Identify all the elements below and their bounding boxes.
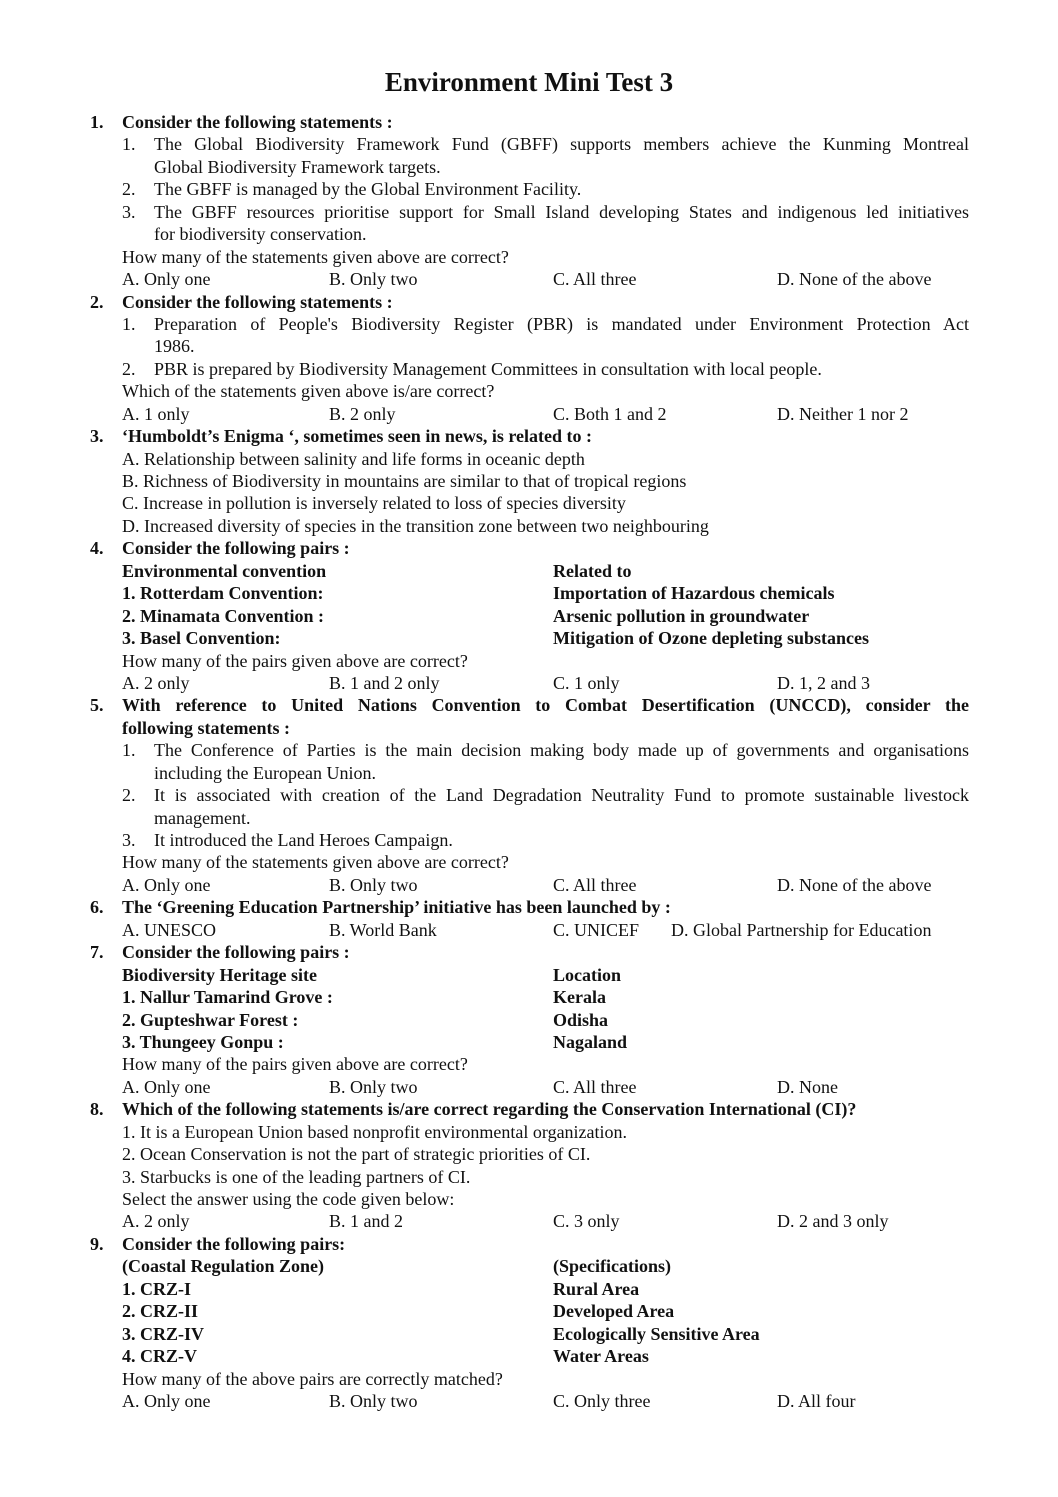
question-number: 1. xyxy=(90,111,104,133)
question-3: 3.‘Humboldt’s Enigma ‘, sometimes seen i… xyxy=(0,425,1058,537)
question-stem: following statements : xyxy=(122,717,969,739)
question-6: 6.The ‘Greening Education Partnership’ i… xyxy=(0,896,1058,941)
question-list: 1.Consider the following statements :1.T… xyxy=(0,111,1058,1412)
answer-option: A. Only one xyxy=(122,268,211,290)
answer-option: A. 2 only xyxy=(122,672,190,694)
answer-option: A. Only one xyxy=(122,1076,211,1098)
statement-line: 1.Preparation of People's Biodiversity R… xyxy=(0,313,1058,335)
statement-text: Global Biodiversity Framework targets. xyxy=(154,156,969,178)
answer-option: B. 1 and 2 only xyxy=(329,672,440,694)
statement-text: for biodiversity conservation. xyxy=(154,223,969,245)
answer-option: D. Increased diversity of species in the… xyxy=(122,515,709,537)
pairs-header-left: Biodiversity Heritage site xyxy=(122,964,317,986)
statement-line: 2.It is associated with creation of the … xyxy=(0,784,1058,806)
question-prompt-line: How many of the statements given above a… xyxy=(0,246,1058,268)
answer-option: D. None xyxy=(777,1076,838,1098)
question-prompt: How many of the above pairs are correctl… xyxy=(122,1368,503,1390)
statement-line: 3. Starbucks is one of the leading partn… xyxy=(0,1166,1058,1188)
statement-number: 1. xyxy=(122,739,136,761)
question-8: 8.Which of the following statements is/a… xyxy=(0,1098,1058,1233)
options-row: A. UNESCOB. World BankC. UNICEFD. Global… xyxy=(0,919,1058,941)
statement-text: 3. Starbucks is one of the leading partn… xyxy=(122,1166,470,1188)
question-number: 3. xyxy=(90,425,104,447)
statement-number: 3. xyxy=(122,201,136,223)
answer-option: D. Neither 1 nor 2 xyxy=(777,403,908,425)
statement-text: It is associated with creation of the La… xyxy=(154,784,969,806)
question-stem-line: 7.Consider the following pairs : xyxy=(0,941,1058,963)
answer-option: C. Increase in pollution is inversely re… xyxy=(122,492,626,514)
question-stem-line: 9.Consider the following pairs: xyxy=(0,1233,1058,1255)
question-number: 5. xyxy=(90,694,104,716)
question-prompt-line: How many of the above pairs are correctl… xyxy=(0,1368,1058,1390)
statement-number: 2. xyxy=(122,784,136,806)
page-title: Environment Mini Test 3 xyxy=(0,64,1058,100)
option-line: D. Increased diversity of species in the… xyxy=(0,515,1058,537)
question-number: 2. xyxy=(90,291,104,313)
option-line: A. Relationship between salinity and lif… xyxy=(0,448,1058,470)
statement-number: 1. xyxy=(122,133,136,155)
statement-line: 1.The Conference of Parties is the main … xyxy=(0,739,1058,761)
question-number: 7. xyxy=(90,941,104,963)
question-number: 9. xyxy=(90,1233,104,1255)
answer-option: A. Only one xyxy=(122,1390,211,1412)
statement-text: It introduced the Land Heroes Campaign. xyxy=(154,829,969,851)
statement-line: 2.PBR is prepared by Biodiversity Manage… xyxy=(0,358,1058,380)
question-stem: The ‘Greening Education Partnership’ ini… xyxy=(122,896,969,918)
pair-left: 2. Gupteshwar Forest : xyxy=(122,1009,298,1031)
question-7: 7.Consider the following pairs :Biodiver… xyxy=(0,941,1058,1098)
pair-left: 2. Minamata Convention : xyxy=(122,605,324,627)
answer-option: A. 2 only xyxy=(122,1210,190,1232)
pair-left: 4. CRZ-V xyxy=(122,1345,197,1367)
answer-option: C. 1 only xyxy=(553,672,620,694)
question-stem: With reference to United Nations Convent… xyxy=(122,694,969,716)
question-stem: Consider the following pairs : xyxy=(122,941,969,963)
statement-line: 2.The GBFF is managed by the Global Envi… xyxy=(0,178,1058,200)
options-row: A. 1 onlyB. 2 onlyC. Both 1 and 2D. Neit… xyxy=(0,403,1058,425)
options-row: A. Only oneB. Only twoC. Only threeD. Al… xyxy=(0,1390,1058,1412)
statement-line: management. xyxy=(0,807,1058,829)
question-prompt: How many of the pairs given above are co… xyxy=(122,650,468,672)
statement-line: including the European Union. xyxy=(0,762,1058,784)
pair-right: Ecologically Sensitive Area xyxy=(553,1323,760,1345)
options-row: A. 2 onlyB. 1 and 2C. 3 onlyD. 2 and 3 o… xyxy=(0,1210,1058,1232)
pair-left: 1. Rotterdam Convention: xyxy=(122,582,323,604)
statement-line: 1. It is a European Union based nonprofi… xyxy=(0,1121,1058,1143)
pair-row: 3. Basel Convention:Mitigation of Ozone … xyxy=(0,627,1058,649)
options-row: A. 2 onlyB. 1 and 2 onlyC. 1 onlyD. 1, 2… xyxy=(0,672,1058,694)
pair-right: Developed Area xyxy=(553,1300,674,1322)
pair-row: 3. CRZ-IVEcologically Sensitive Area xyxy=(0,1323,1058,1345)
question-stem-line: 3.‘Humboldt’s Enigma ‘, sometimes seen i… xyxy=(0,425,1058,447)
answer-option: B. Only two xyxy=(329,268,418,290)
statement-text: 1986. xyxy=(154,335,969,357)
question-stem: Consider the following pairs : xyxy=(122,537,969,559)
question-stem: Consider the following pairs: xyxy=(122,1233,969,1255)
statement-line: for biodiversity conservation. xyxy=(0,223,1058,245)
pair-right: Odisha xyxy=(553,1009,608,1031)
question-prompt: Which of the statements given above is/a… xyxy=(122,380,494,402)
statement-line: 3.The GBFF resources prioritise support … xyxy=(0,201,1058,223)
pair-right: Rural Area xyxy=(553,1278,639,1300)
answer-option: D. None of the above xyxy=(777,268,931,290)
pair-left: 1. Nallur Tamarind Grove : xyxy=(122,986,333,1008)
statement-text: The GBFF resources prioritise support fo… xyxy=(154,201,969,223)
statement-text: The Global Biodiversity Framework Fund (… xyxy=(154,133,969,155)
question-stem: Consider the following statements : xyxy=(122,291,969,313)
statement-number: 3. xyxy=(122,829,136,851)
question-1: 1.Consider the following statements :1.T… xyxy=(0,111,1058,291)
statement-text: Preparation of People's Biodiversity Reg… xyxy=(154,313,969,335)
question-9: 9.Consider the following pairs:(Coastal … xyxy=(0,1233,1058,1413)
question-stem: ‘Humboldt’s Enigma ‘, sometimes seen in … xyxy=(122,425,969,447)
question-prompt: Select the answer using the code given b… xyxy=(122,1188,454,1210)
answer-option: D. 1, 2 and 3 xyxy=(777,672,870,694)
pair-left: 3. Basel Convention: xyxy=(122,627,281,649)
pair-row: 2. Minamata Convention :Arsenic pollutio… xyxy=(0,605,1058,627)
pairs-header: Biodiversity Heritage siteLocation xyxy=(0,964,1058,986)
pairs-header: (Coastal Regulation Zone)(Specifications… xyxy=(0,1255,1058,1277)
question-stem: Which of the following statements is/are… xyxy=(122,1098,969,1120)
pair-left: 3. CRZ-IV xyxy=(122,1323,204,1345)
answer-option: B. Only two xyxy=(329,874,418,896)
question-stem-line: 5.With reference to United Nations Conve… xyxy=(0,694,1058,716)
statement-text: including the European Union. xyxy=(154,762,969,784)
answer-option: C. All three xyxy=(553,1076,637,1098)
statement-line: 3.It introduced the Land Heroes Campaign… xyxy=(0,829,1058,851)
question-prompt: How many of the pairs given above are co… xyxy=(122,1053,468,1075)
statement-line: 2. Ocean Conservation is not the part of… xyxy=(0,1143,1058,1165)
pair-left: 3. Thungeey Gonpu : xyxy=(122,1031,284,1053)
pair-row: 1. Nallur Tamarind Grove :Kerala xyxy=(0,986,1058,1008)
statement-line: Global Biodiversity Framework targets. xyxy=(0,156,1058,178)
pair-right: Mitigation of Ozone depleting substances xyxy=(553,627,869,649)
question-4: 4.Consider the following pairs :Environm… xyxy=(0,537,1058,694)
pairs-header-right: Related to xyxy=(553,560,631,582)
option-line: B. Richness of Biodiversity in mountains… xyxy=(0,470,1058,492)
question-prompt: How many of the statements given above a… xyxy=(122,851,509,873)
statement-number: 2. xyxy=(122,178,136,200)
question-stem-line: 8.Which of the following statements is/a… xyxy=(0,1098,1058,1120)
pairs-header-right: (Specifications) xyxy=(553,1255,671,1277)
answer-option: D. 2 and 3 only xyxy=(777,1210,889,1232)
pair-row: 2. Gupteshwar Forest :Odisha xyxy=(0,1009,1058,1031)
statement-text: 1. It is a European Union based nonprofi… xyxy=(122,1121,627,1143)
statement-text: The Conference of Parties is the main de… xyxy=(154,739,969,761)
question-stem-line: 4.Consider the following pairs : xyxy=(0,537,1058,559)
statement-text: 2. Ocean Conservation is not the part of… xyxy=(122,1143,590,1165)
question-stem-line: 2.Consider the following statements : xyxy=(0,291,1058,313)
pair-right: Kerala xyxy=(553,986,606,1008)
pair-row: 4. CRZ-VWater Areas xyxy=(0,1345,1058,1367)
question-prompt-line: How many of the pairs given above are co… xyxy=(0,650,1058,672)
pairs-header: Environmental conventionRelated to xyxy=(0,560,1058,582)
answer-option: B. 2 only xyxy=(329,403,396,425)
question-prompt-line: Which of the statements given above is/a… xyxy=(0,380,1058,402)
statement-text: The GBFF is managed by the Global Enviro… xyxy=(154,178,969,200)
options-row: A. Only oneB. Only twoC. All threeD. Non… xyxy=(0,268,1058,290)
question-prompt-line: Select the answer using the code given b… xyxy=(0,1188,1058,1210)
answer-option: A. 1 only xyxy=(122,403,190,425)
question-number: 4. xyxy=(90,537,104,559)
option-line: C. Increase in pollution is inversely re… xyxy=(0,492,1058,514)
statement-number: 1. xyxy=(122,313,136,335)
question-stem-line: 6.The ‘Greening Education Partnership’ i… xyxy=(0,896,1058,918)
statement-text: PBR is prepared by Biodiversity Manageme… xyxy=(154,358,969,380)
answer-option: C. 3 only xyxy=(553,1210,620,1232)
answer-option: D. None of the above xyxy=(777,874,931,896)
pair-right: Importation of Hazardous chemicals xyxy=(553,582,834,604)
statement-line: 1.The Global Biodiversity Framework Fund… xyxy=(0,133,1058,155)
answer-option: C. All three xyxy=(553,268,637,290)
answer-option: C. All three xyxy=(553,874,637,896)
answer-option: A. Only one xyxy=(122,874,211,896)
statement-text: management. xyxy=(154,807,969,829)
answer-option: B. Richness of Biodiversity in mountains… xyxy=(122,470,686,492)
pairs-header-right: Location xyxy=(553,964,621,986)
question-2: 2.Consider the following statements :1.P… xyxy=(0,291,1058,426)
pair-right: Water Areas xyxy=(553,1345,649,1367)
answer-option: B. 1 and 2 xyxy=(329,1210,403,1232)
answer-option: B. Only two xyxy=(329,1076,418,1098)
pair-right: Nagaland xyxy=(553,1031,627,1053)
pair-row: 1. CRZ-IRural Area xyxy=(0,1278,1058,1300)
pairs-header-left: Environmental convention xyxy=(122,560,326,582)
pair-left: 1. CRZ-I xyxy=(122,1278,191,1300)
answer-option: C. Both 1 and 2 xyxy=(553,403,667,425)
question-number: 6. xyxy=(90,896,104,918)
pair-row: 2. CRZ-IIDeveloped Area xyxy=(0,1300,1058,1322)
pair-right: Arsenic pollution in groundwater xyxy=(553,605,809,627)
answer-option: A. Relationship between salinity and lif… xyxy=(122,448,585,470)
answer-option: A. UNESCO xyxy=(122,919,216,941)
answer-option: D. Global Partnership for Education xyxy=(671,919,931,941)
question-stem-line: following statements : xyxy=(0,717,1058,739)
question-prompt-line: How many of the pairs given above are co… xyxy=(0,1053,1058,1075)
answer-option: C. Only three xyxy=(553,1390,650,1412)
answer-option: B. Only two xyxy=(329,1390,418,1412)
question-stem-line: 1.Consider the following statements : xyxy=(0,111,1058,133)
answer-option: C. UNICEF xyxy=(553,919,639,941)
pairs-header-left: (Coastal Regulation Zone) xyxy=(122,1255,324,1277)
question-number: 8. xyxy=(90,1098,104,1120)
options-row: A. Only oneB. Only twoC. All threeD. Non… xyxy=(0,874,1058,896)
statement-number: 2. xyxy=(122,358,136,380)
question-prompt-line: How many of the statements given above a… xyxy=(0,851,1058,873)
answer-option: D. All four xyxy=(777,1390,856,1412)
pair-left: 2. CRZ-II xyxy=(122,1300,198,1322)
pair-row: 1. Rotterdam Convention:Importation of H… xyxy=(0,582,1058,604)
question-stem: Consider the following statements : xyxy=(122,111,969,133)
question-5: 5.With reference to United Nations Conve… xyxy=(0,694,1058,896)
statement-line: 1986. xyxy=(0,335,1058,357)
options-row: A. Only oneB. Only twoC. All threeD. Non… xyxy=(0,1076,1058,1098)
pair-row: 3. Thungeey Gonpu :Nagaland xyxy=(0,1031,1058,1053)
answer-option: B. World Bank xyxy=(329,919,437,941)
question-prompt: How many of the statements given above a… xyxy=(122,246,509,268)
